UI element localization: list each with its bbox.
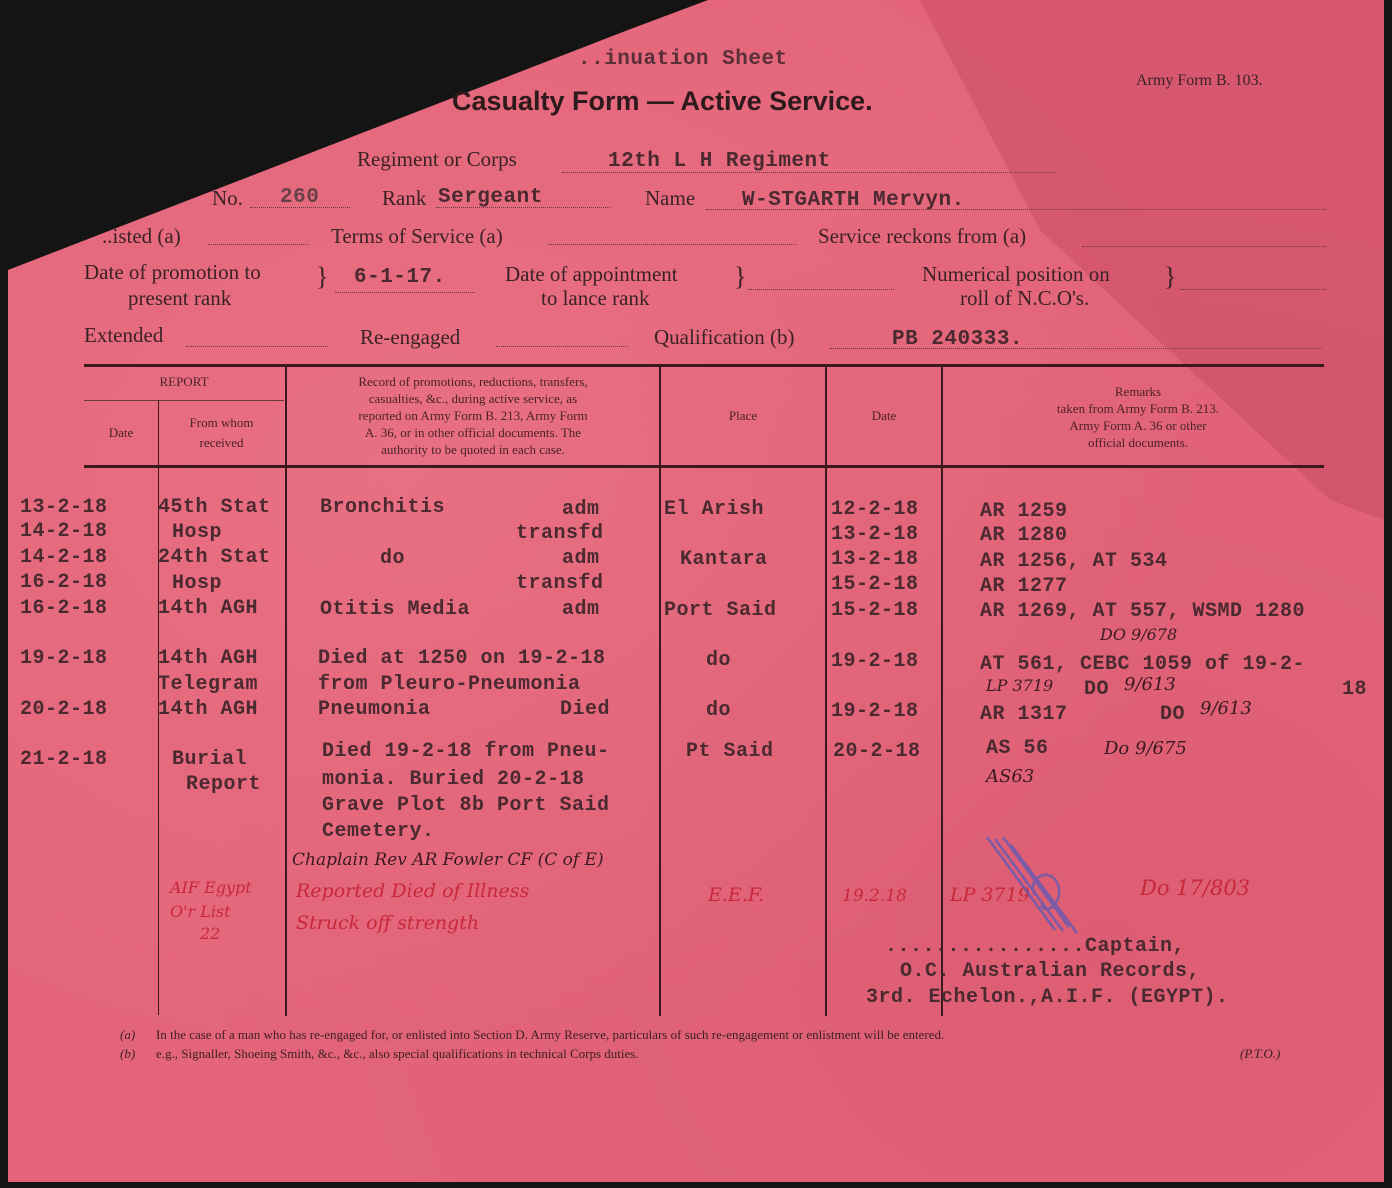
rank-value: Sergeant bbox=[438, 186, 543, 209]
header-record-4: A. 36, or in other official documents. T… bbox=[287, 425, 659, 441]
remarks: AR 1277 bbox=[980, 575, 1068, 598]
form-title: Casualty Form — Active Service. bbox=[452, 86, 873, 117]
report-date: 16-2-18 bbox=[20, 571, 108, 594]
header-remarks-1: Remarks bbox=[943, 384, 1333, 400]
red-from-1: AIF Egypt bbox=[170, 878, 252, 897]
date: 19-2-18 bbox=[831, 650, 919, 673]
date: 13-2-18 bbox=[831, 523, 919, 546]
remarks: AS 56 bbox=[986, 737, 1049, 760]
chaplain-note: Chaplain Rev AR Fowler CF (C of E) bbox=[292, 850, 604, 870]
regimental-no-label: No. bbox=[212, 186, 243, 211]
nco-line bbox=[1180, 289, 1326, 290]
remarks-handwritten-2: AS63 bbox=[986, 766, 1034, 787]
record-text-2: monia. Buried 20-2-18 bbox=[322, 768, 585, 791]
header-record-1: Record of promotions, reductions, transf… bbox=[287, 374, 659, 390]
table-header-rule bbox=[84, 465, 1324, 468]
report-from: 14th AGH bbox=[158, 647, 258, 670]
red-remarks-2: Do 17/803 bbox=[1140, 876, 1250, 900]
nco-brace: } bbox=[1164, 262, 1176, 292]
record-action: transfd bbox=[516, 572, 604, 595]
record-text: Otitis Media bbox=[320, 598, 470, 621]
record-text: Died 19-2-18 from Pneu- bbox=[322, 740, 610, 763]
red-place: E.E.F. bbox=[708, 884, 764, 906]
lance-brace: } bbox=[734, 262, 746, 292]
signature-line-2: O.C. Australian Records, bbox=[900, 960, 1200, 983]
report-subrule bbox=[84, 400, 284, 401]
promotion-value: 6-1-17. bbox=[354, 266, 446, 289]
remarks: AT 561, CEBC 1059 of 19-2- bbox=[980, 653, 1305, 676]
qualification-label: Qualification (b) bbox=[654, 325, 795, 350]
red-record-1: Reported Died of Illness bbox=[296, 880, 529, 902]
col-divider-record-place bbox=[659, 366, 661, 1016]
regiment-value: 12th L H Regiment bbox=[608, 150, 831, 173]
lance-line bbox=[748, 289, 894, 290]
red-from-3: 22 bbox=[200, 924, 220, 943]
place: Port Said bbox=[664, 599, 777, 622]
footnote-b-mark: (b) bbox=[120, 1046, 135, 1062]
report-date: 16-2-18 bbox=[20, 597, 108, 620]
remarks-continued: 18 bbox=[1342, 678, 1367, 701]
report-date: 14-2-18 bbox=[20, 546, 108, 569]
record-text-2: from Pleuro-Pneumonia bbox=[318, 673, 581, 696]
rank-label: Rank bbox=[382, 186, 426, 211]
red-record-2: Struck off strength bbox=[296, 912, 479, 934]
date: 20-2-18 bbox=[833, 740, 921, 763]
record-text-4: Cemetery. bbox=[322, 820, 435, 843]
place: Pt Said bbox=[686, 740, 774, 763]
remarks-handwritten-2: 9/613 bbox=[1124, 674, 1176, 695]
report-from: 14th AGH bbox=[158, 597, 258, 620]
name-value: W‑STGARTH Mervyn. bbox=[742, 189, 965, 212]
header-remarks-4: official documents. bbox=[943, 435, 1333, 451]
report-from: 14th AGH bbox=[158, 698, 258, 721]
promotion-label-1: Date of promotion to bbox=[84, 260, 261, 285]
record-action: Died bbox=[560, 698, 610, 721]
date: 15-2-18 bbox=[831, 599, 919, 622]
red-from-2: O'r List bbox=[170, 902, 231, 921]
header-remarks-3: Army Form A. 36 or other bbox=[943, 418, 1333, 434]
table-top-rule bbox=[84, 364, 1324, 367]
remarks-handwritten: Do 9/675 bbox=[1104, 738, 1187, 759]
place: do bbox=[706, 699, 731, 722]
report-from-2: Telegram bbox=[158, 673, 258, 696]
date: 13-2-18 bbox=[831, 548, 919, 571]
service-reckons-label: Service reckons from (a) bbox=[818, 224, 1026, 249]
lance-label-2: to lance rank bbox=[541, 286, 649, 311]
lance-label-1: Date of appointment bbox=[505, 262, 678, 287]
report-date: 21-2-18 bbox=[20, 748, 108, 771]
remarks: AR 1317 bbox=[980, 703, 1068, 726]
date: 12-2-18 bbox=[831, 498, 919, 521]
header-report-date: Date bbox=[84, 425, 158, 441]
footnote-b-text: e.g., Signaller, Shoeing Smith, &c., &c.… bbox=[156, 1046, 639, 1062]
record-action: adm bbox=[562, 598, 600, 621]
enlisted-label: ..isted (a) bbox=[102, 224, 181, 249]
form-number: Army Form B. 103. bbox=[1136, 72, 1263, 90]
qualification-value: PB 240333. bbox=[892, 328, 1023, 351]
col-divider-place-date bbox=[825, 366, 827, 1016]
record-text: Bronchitis bbox=[320, 496, 445, 519]
remarks-handwritten: DO 9/678 bbox=[1100, 625, 1177, 644]
record-action: transfd bbox=[516, 522, 604, 545]
header-remarks-2: taken from Army Form B. 213. bbox=[943, 401, 1333, 417]
footnote-a-mark: (a) bbox=[120, 1027, 135, 1043]
regimental-no-value: 260 bbox=[280, 186, 319, 209]
pto-note: (P.T.O.) bbox=[1240, 1046, 1280, 1062]
name-label: Name bbox=[645, 186, 695, 211]
report-date: 13-2-18 bbox=[20, 496, 108, 519]
report-date: 19-2-18 bbox=[20, 647, 108, 670]
header-record-5: authority to be quoted in each case. bbox=[287, 442, 659, 458]
nco-label-1: Numerical position on bbox=[922, 262, 1110, 287]
date: 19-2-18 bbox=[831, 700, 919, 723]
promotion-label-2: present rank bbox=[128, 286, 231, 311]
remarks-handwritten: LP 3719 bbox=[986, 676, 1053, 695]
report-from: 45th Stat bbox=[158, 496, 271, 519]
footnote-a-text: In the case of a man who has re-engaged … bbox=[156, 1027, 944, 1043]
red-remarks: LP 3719 bbox=[950, 884, 1030, 906]
record-text: do bbox=[380, 547, 405, 570]
col-divider-date-remarks bbox=[941, 366, 943, 1016]
header-place: Place bbox=[661, 408, 825, 424]
reengaged-line bbox=[496, 346, 628, 347]
remarks-handwritten: 9/613 bbox=[1200, 698, 1252, 719]
header-record-3: reported on Army Form B. 213, Army Form bbox=[287, 408, 659, 424]
remarks: AR 1269, AT 557, WSMD 1280 bbox=[980, 600, 1305, 623]
header-report: REPORT bbox=[84, 374, 284, 390]
regiment-label: Regiment or Corps bbox=[357, 147, 517, 172]
remarks-do: DO bbox=[1084, 678, 1109, 701]
header-date: Date bbox=[827, 408, 941, 424]
sheet-type: ..inuation Sheet bbox=[578, 48, 788, 71]
header-record-2: casualties, &c., during active service, … bbox=[287, 391, 659, 407]
header-from-whom-1: From whom bbox=[158, 415, 285, 431]
terms-line bbox=[548, 244, 796, 245]
signature-line-1: ................Captain, bbox=[885, 935, 1185, 958]
header-from-whom-2: received bbox=[158, 435, 285, 451]
remarks: AR 1280 bbox=[980, 524, 1068, 547]
remarks-do: DO bbox=[1160, 703, 1185, 726]
record-text: Pneumonia bbox=[318, 698, 431, 721]
record-action: adm bbox=[562, 498, 600, 521]
remarks: AR 1256, AT 534 bbox=[980, 550, 1168, 573]
report-date: 20-2-18 bbox=[20, 698, 108, 721]
service-reckons-line bbox=[1082, 246, 1326, 247]
report-from: Hosp bbox=[172, 572, 222, 595]
signature-line-3: 3rd. Echelon.,A.I.F. (EGYPT). bbox=[866, 986, 1229, 1009]
report-from-2: Report bbox=[186, 773, 261, 796]
red-date: 19.2.18 bbox=[842, 886, 907, 906]
promotion-brace: } bbox=[316, 262, 328, 292]
remarks: AR 1259 bbox=[980, 500, 1068, 523]
extended-label: Extended bbox=[84, 323, 163, 348]
promotion-line bbox=[335, 292, 475, 293]
col-divider-from-record bbox=[285, 366, 287, 1016]
report-from: Burial bbox=[172, 748, 247, 771]
record-text-3: Grave Plot 8b Port Said bbox=[322, 794, 610, 817]
enlisted-line bbox=[208, 244, 308, 245]
place: Kantara bbox=[680, 548, 768, 571]
report-from: 24th Stat bbox=[158, 546, 271, 569]
report-from: Hosp bbox=[172, 521, 222, 544]
terms-label: Terms of Service (a) bbox=[331, 224, 503, 249]
reengaged-label: Re-engaged bbox=[360, 325, 460, 350]
nco-label-2: roll of N.C.O's. bbox=[960, 286, 1089, 311]
record-text: Died at 1250 on 19-2-18 bbox=[318, 647, 606, 670]
place: El Arish bbox=[664, 498, 764, 521]
date: 15-2-18 bbox=[831, 573, 919, 596]
place: do bbox=[706, 649, 731, 672]
extended-line bbox=[186, 346, 328, 347]
report-date: 14-2-18 bbox=[20, 520, 108, 543]
record-action: adm bbox=[562, 547, 600, 570]
